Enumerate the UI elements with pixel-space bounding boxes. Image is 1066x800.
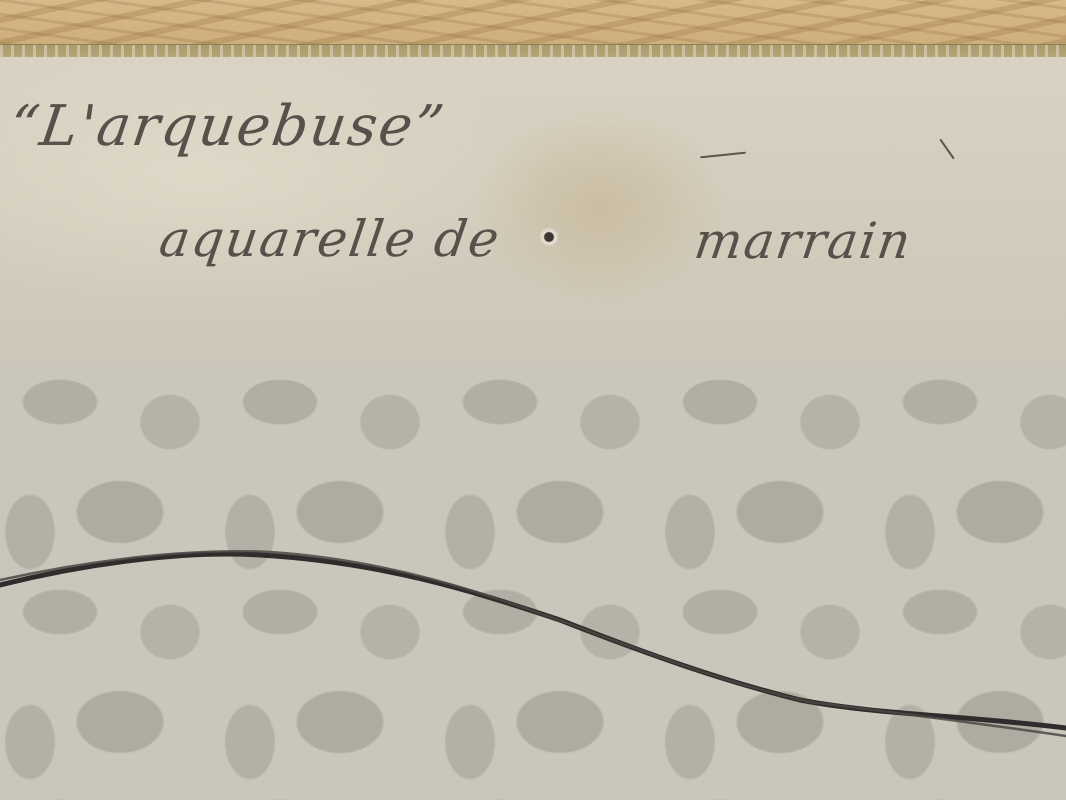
frame-edge xyxy=(0,44,1066,58)
artwork-title-handwriting: “L'arquebuse” xyxy=(5,94,449,159)
embossed-backing-paper xyxy=(0,362,1066,800)
artist-name-handwriting: marrain xyxy=(691,212,916,270)
medium-handwriting: aquarelle de xyxy=(156,210,505,268)
wooden-surface xyxy=(0,0,1066,44)
paper-tear-hole xyxy=(540,226,558,248)
